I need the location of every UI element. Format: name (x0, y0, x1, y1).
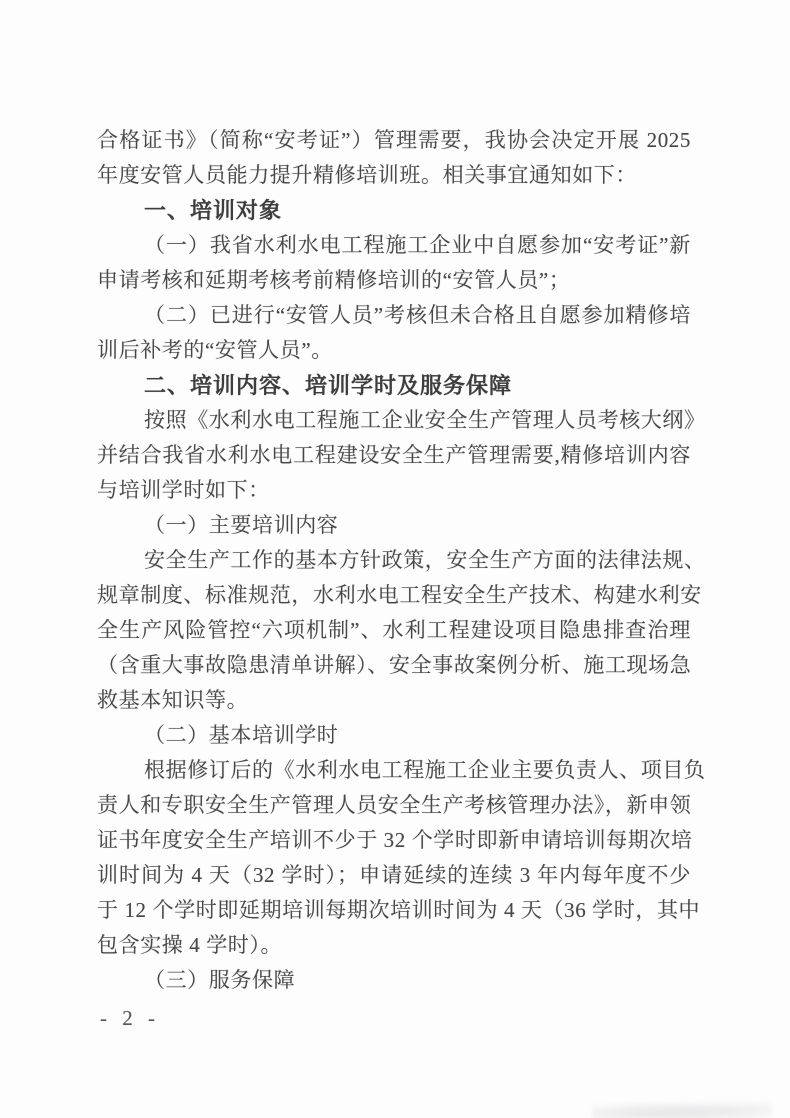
text-line: 训时间为 4 天（32 学时）；申请延续的连续 3 年内每年度不少 (97, 858, 691, 893)
text-line: 训后补考的“安管人员”。 (97, 333, 691, 368)
text-line: （一）主要培训内容 (97, 508, 691, 543)
scanned-document-page: 合格证书》（简称“安考证”）管理需要，我协会决定开展 2025年度安管人员能力提… (0, 0, 790, 1118)
document-body: 合格证书》（简称“安考证”）管理需要，我协会决定开展 2025年度安管人员能力提… (97, 123, 691, 998)
text-line: 证书年度安全生产培训不少于 32 个学时即新申请培训每期次培 (97, 823, 691, 858)
text-line: 根据修订后的《水利水电工程施工企业主要负责人、项目负 (97, 753, 691, 788)
scan-smudge-artifact (592, 1102, 772, 1118)
text-line: （二）已进行“安管人员”考核但未合格且自愿参加精修培 (97, 298, 691, 333)
text-line: 按照《水利水电工程施工企业安全生产管理人员考核大纲》 (97, 403, 691, 438)
section-heading: 二、培训内容、培训学时及服务保障 (97, 368, 691, 403)
text-line: 申请考核和延期考核考前精修培训的“安管人员”； (97, 263, 691, 298)
text-line: 年度安管人员能力提升精修培训班。相关事宜通知如下： (97, 158, 691, 193)
text-line: （一）我省水利水电工程施工企业中自愿参加“安考证”新 (97, 228, 691, 263)
text-line: （二）基本培训学时 (97, 718, 691, 753)
text-line: 与培训学时如下： (97, 473, 691, 508)
text-line: 并结合我省水利水电工程建设安全生产管理需要,精修培训内容 (97, 438, 691, 473)
section-heading: 一、培训对象 (97, 193, 691, 228)
text-line: 救基本知识等。 (97, 683, 691, 718)
text-line: 合格证书》（简称“安考证”）管理需要，我协会决定开展 2025 (97, 123, 691, 158)
text-line: 全生产风险管控“六项机制”、水利工程建设项目隐患排查治理 (97, 613, 691, 648)
page-number: - 2 - (100, 1003, 160, 1033)
text-line: 包含实操 4 学时）。 (97, 928, 691, 963)
text-line: 责人和专职安全生产管理人员安全生产考核管理办法》，新申领 (97, 788, 691, 823)
text-line: 安全生产工作的基本方针政策，安全生产方面的法律法规、 (97, 543, 691, 578)
text-line: （三）服务保障 (97, 963, 691, 998)
text-line: 于 12 个学时即延期培训每期次培训时间为 4 天（36 学时，其中 (97, 893, 691, 928)
text-line: （含重大事故隐患清单讲解）、安全事故案例分析、施工现场急 (97, 648, 691, 683)
text-line: 规章制度、标准规范，水利水电工程安全生产技术、构建水利安 (97, 578, 691, 613)
